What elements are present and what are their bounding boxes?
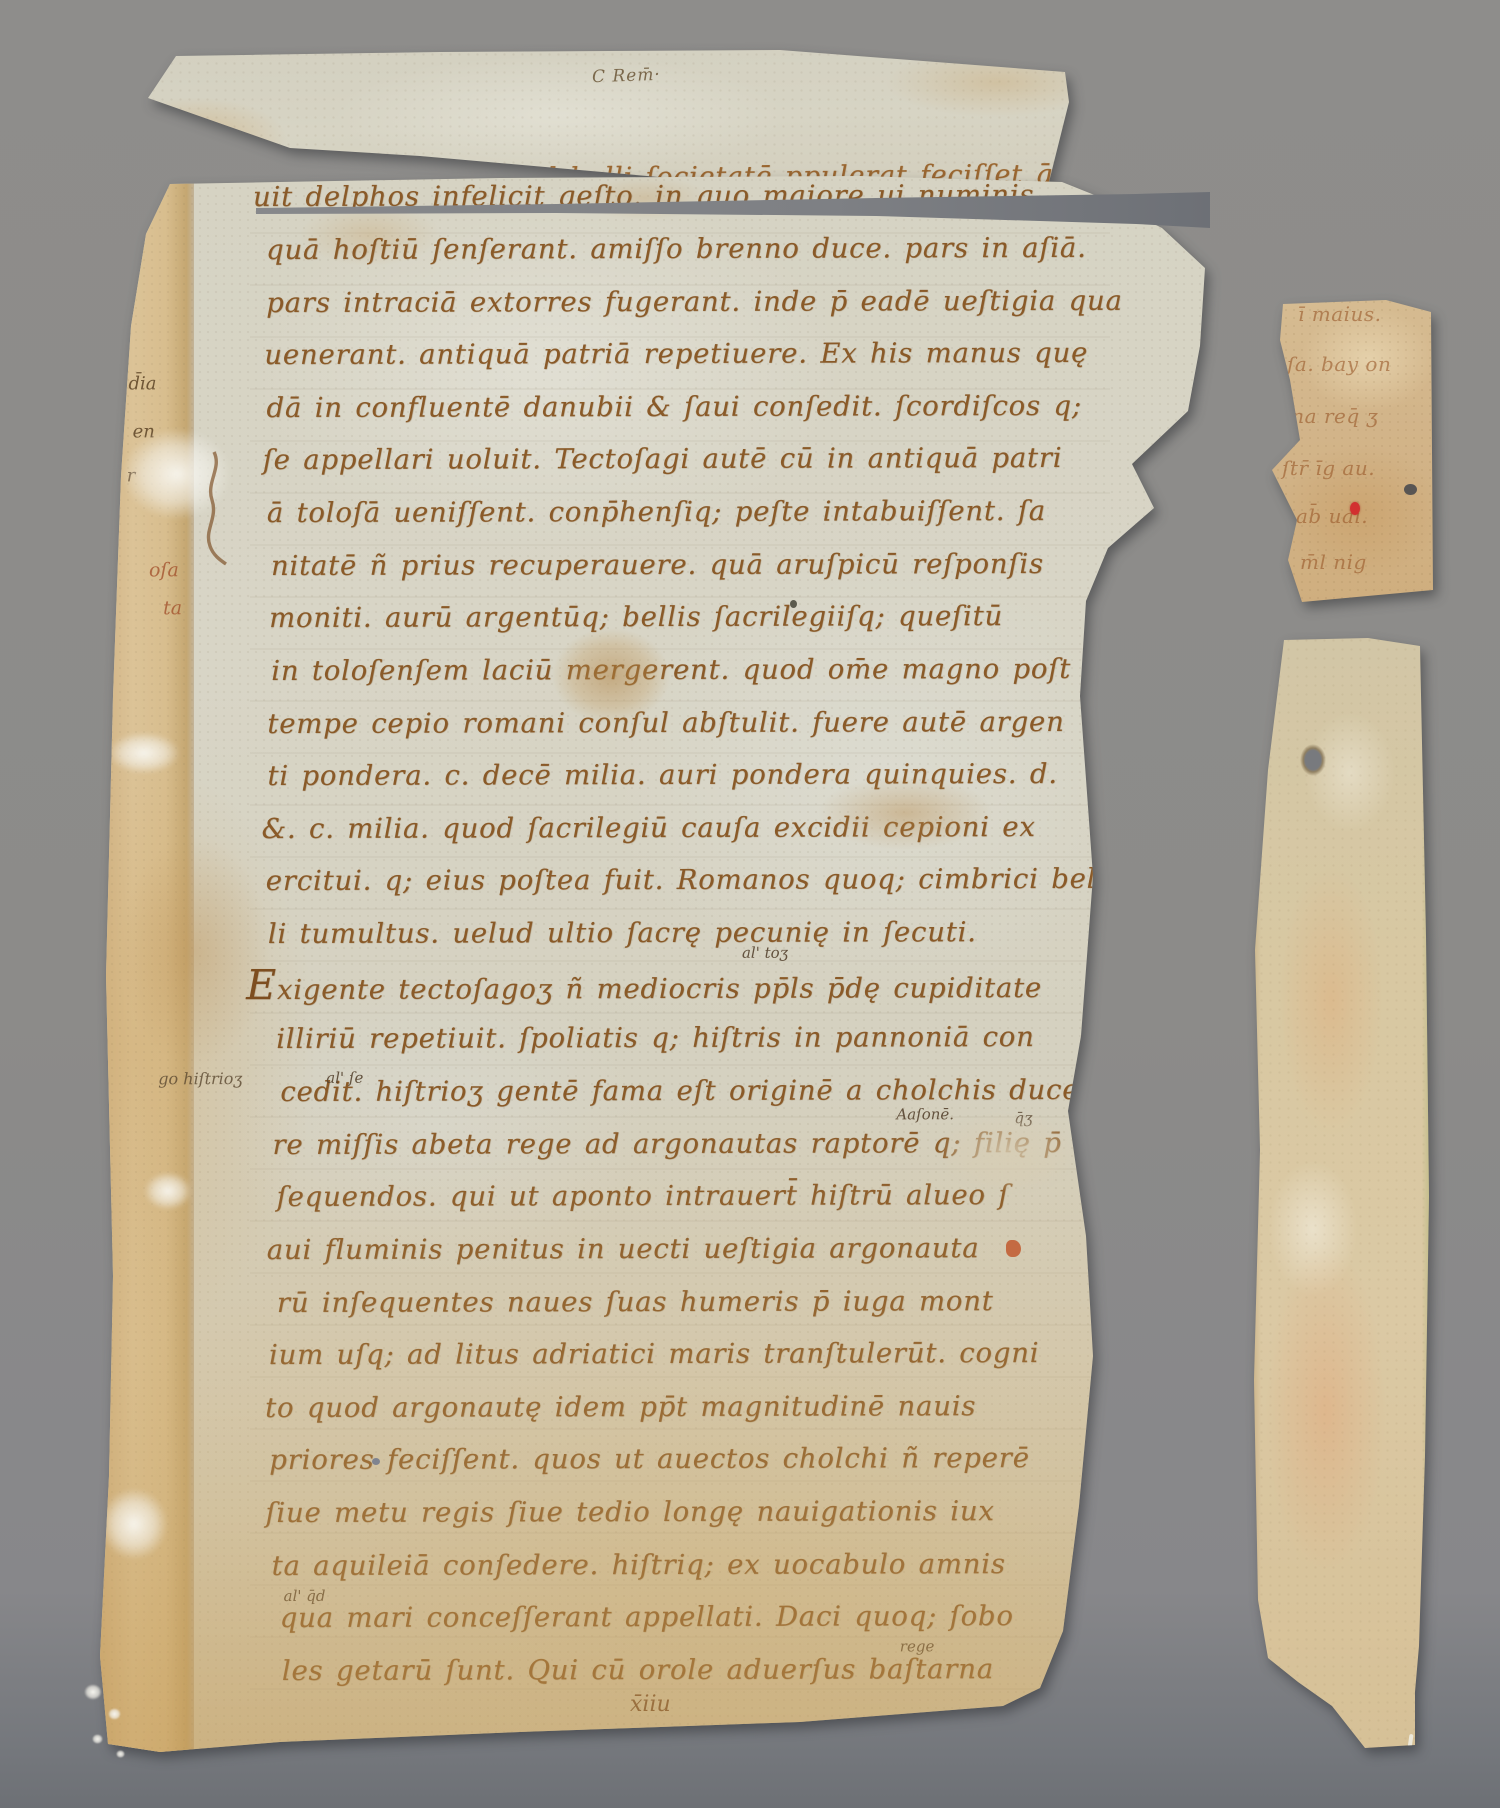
side-fragment: ī maius.ſa. bay onb̄na req̄ ʒſtr̄ īg au.… [1266,298,1436,604]
dust-spot [92,1734,103,1744]
parchment-texture [1248,636,1433,1776]
bottom-cut-inscription: x̄iiu [630,1692,671,1717]
white-damage-patch [100,1488,168,1560]
main-leaf-parchment: uit delphos infelicit geſto. in quo maio… [100,176,1215,1761]
fragment-line-4: ſtr̄ īg au. [1282,456,1375,480]
manuscript-photo: ī maius.ſa. bay onb̄na req̄ ʒſtr̄ īg au.… [0,0,1500,1808]
pen-flourish [192,448,232,568]
dust-spot [84,1684,102,1700]
bottom-aging [100,176,1215,1761]
white-damage-patch [144,1172,192,1210]
wormhole [1300,744,1326,776]
interlinear-gloss-5: m ecce [1080,1105,1134,1123]
dust-spot [116,1750,125,1758]
fragment-line-2: ſa. bay on [1287,352,1391,376]
fragment-line-1: ī maius. [1298,302,1382,326]
fragment-line-3: b̄na req̄ ʒ [1278,404,1378,428]
fragment-line-6: m̄l nig [1300,550,1367,574]
vertical-strip-fragment [1248,636,1433,1776]
dust-spot [108,1708,121,1720]
side-fragment-parchment: ī maius.ſa. bay onb̄na req̄ ʒſtr̄ īg au.… [1266,298,1436,604]
main-leaf: uit delphos infelicit geſto. in quo maio… [100,176,1215,1761]
heading-inscription: C Rem̄· [592,65,661,87]
red-pigment-dot [1350,502,1360,515]
white-damage-patch [108,732,180,774]
ink-blot [1404,484,1417,495]
vertical-strip-parchment [1248,636,1433,1776]
